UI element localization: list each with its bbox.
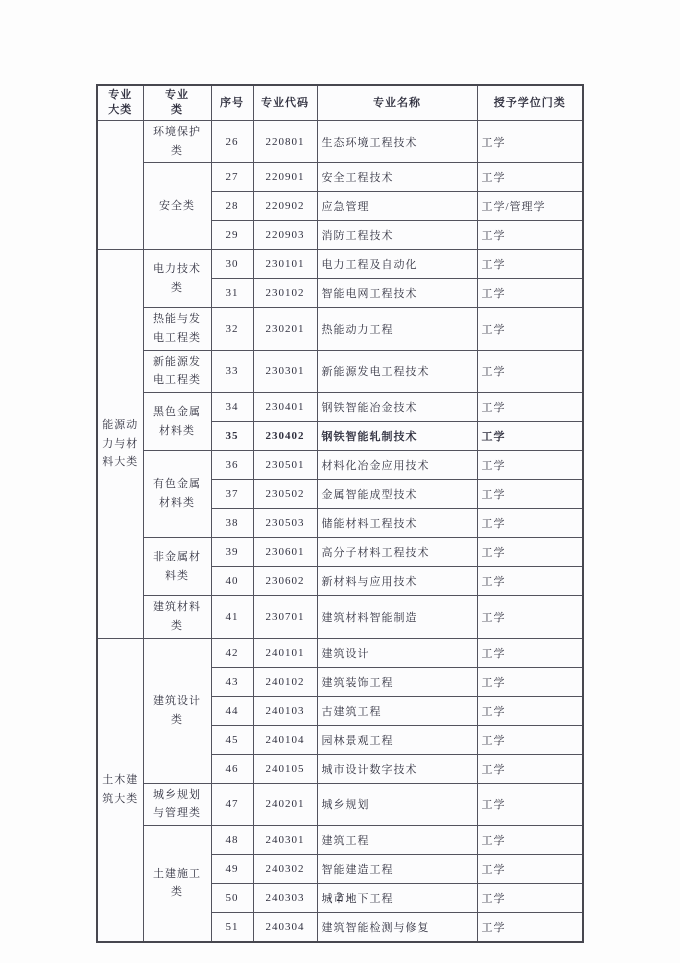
code-cell: 230501 (253, 451, 317, 480)
degree-cell: 工学 (477, 279, 583, 308)
seq-cell: 43 (211, 667, 253, 696)
degree-cell: 工学 (477, 567, 583, 596)
seq-cell: 37 (211, 480, 253, 509)
code-cell: 230701 (253, 596, 317, 638)
category-cell: 热能与发电工程类 (143, 308, 211, 350)
code-cell: 230301 (253, 350, 317, 392)
name-cell: 城市设计数字技术 (317, 754, 477, 783)
seq-cell: 44 (211, 696, 253, 725)
table-row: 土木建筑大类建筑设计类42240101建筑设计工学 (97, 638, 583, 667)
code-cell: 240101 (253, 638, 317, 667)
name-cell: 智能建造工程 (317, 854, 477, 883)
seq-cell: 35 (211, 422, 253, 451)
degree-cell: 工学 (477, 912, 583, 942)
header-seq: 序号 (211, 85, 253, 121)
category-cell: 建筑设计类 (143, 638, 211, 783)
degree-cell: 工学 (477, 121, 583, 163)
table-row: 城乡规划与管理类47240201城乡规划工学 (97, 783, 583, 825)
seq-cell: 41 (211, 596, 253, 638)
category-cell: 电力技术类 (143, 250, 211, 308)
code-cell: 220801 (253, 121, 317, 163)
category-cell: 非金属材料类 (143, 538, 211, 596)
code-cell: 240103 (253, 696, 317, 725)
name-cell: 电力工程及自动化 (317, 250, 477, 279)
seq-cell: 51 (211, 912, 253, 942)
degree-cell: 工学 (477, 393, 583, 422)
table-row: 有色金属材料类36230501材料化冶金应用技术工学 (97, 451, 583, 480)
seq-cell: 47 (211, 783, 253, 825)
code-cell: 220901 (253, 163, 317, 192)
name-cell: 智能电网工程技术 (317, 279, 477, 308)
category-cell: 安全类 (143, 163, 211, 250)
degree-cell: 工学 (477, 250, 583, 279)
seq-cell: 38 (211, 509, 253, 538)
seq-cell: 27 (211, 163, 253, 192)
major-group-cell: 能源动力与材料大类 (97, 250, 143, 638)
code-cell: 240304 (253, 912, 317, 942)
seq-cell: 36 (211, 451, 253, 480)
code-cell: 240301 (253, 825, 317, 854)
header-major-group: 专业 大类 (97, 85, 143, 121)
code-cell: 230503 (253, 509, 317, 538)
table-body: 环境保护类26220801生态环境工程技术工学安全类27220901安全工程技术… (97, 121, 583, 942)
degree-cell: 工学 (477, 854, 583, 883)
table-row: 土建施工类48240301建筑工程工学 (97, 825, 583, 854)
degree-cell: 工学 (477, 451, 583, 480)
code-cell: 240105 (253, 754, 317, 783)
header-degree: 授予学位门类 (477, 85, 583, 121)
degree-cell: 工学 (477, 221, 583, 250)
seq-cell: 49 (211, 854, 253, 883)
seq-cell: 39 (211, 538, 253, 567)
degree-cell: 工学 (477, 696, 583, 725)
code-cell: 220902 (253, 192, 317, 221)
name-cell: 园林景观工程 (317, 725, 477, 754)
major-catalog-table: 专业 大类 专业 类 序号 专业代码 专业名称 授予学位门类 环境保护类2622… (96, 84, 584, 943)
name-cell: 建筑设计 (317, 638, 477, 667)
degree-cell: 工学 (477, 596, 583, 638)
degree-cell: 工学 (477, 350, 583, 392)
table-row: 热能与发电工程类32230201热能动力工程工学 (97, 308, 583, 350)
name-cell: 钢铁智能轧制技术 (317, 422, 477, 451)
category-cell: 环境保护类 (143, 121, 211, 163)
code-cell: 230102 (253, 279, 317, 308)
name-cell: 金属智能成型技术 (317, 480, 477, 509)
code-cell: 230602 (253, 567, 317, 596)
category-cell: 城乡规划与管理类 (143, 783, 211, 825)
table-row: 建筑材料类41230701建筑材料智能制造工学 (97, 596, 583, 638)
name-cell: 建筑智能检测与修复 (317, 912, 477, 942)
code-cell: 230401 (253, 393, 317, 422)
seq-cell: 26 (211, 121, 253, 163)
name-cell: 建筑工程 (317, 825, 477, 854)
code-cell: 230502 (253, 480, 317, 509)
header-row: 专业 大类 专业 类 序号 专业代码 专业名称 授予学位门类 (97, 85, 583, 121)
degree-cell: 工学 (477, 538, 583, 567)
table-row: 新能源发电工程类33230301新能源发电工程技术工学 (97, 350, 583, 392)
degree-cell: 工学 (477, 667, 583, 696)
degree-cell: 工学 (477, 163, 583, 192)
name-cell: 生态环境工程技术 (317, 121, 477, 163)
name-cell: 热能动力工程 (317, 308, 477, 350)
degree-cell: 工学 (477, 754, 583, 783)
degree-cell: 工学/管理学 (477, 192, 583, 221)
name-cell: 材料化冶金应用技术 (317, 451, 477, 480)
degree-cell: 工学 (477, 638, 583, 667)
document-page: 专业 大类 专业 类 序号 专业代码 专业名称 授予学位门类 环境保护类2622… (0, 0, 680, 963)
name-cell: 安全工程技术 (317, 163, 477, 192)
name-cell: 消防工程技术 (317, 221, 477, 250)
seq-cell: 33 (211, 350, 253, 392)
code-cell: 230601 (253, 538, 317, 567)
category-cell: 新能源发电工程类 (143, 350, 211, 392)
degree-cell: 工学 (477, 825, 583, 854)
name-cell: 建筑材料智能制造 (317, 596, 477, 638)
table-row: 能源动力与材料大类电力技术类30230101电力工程及自动化工学 (97, 250, 583, 279)
table-row: 非金属材料类39230601高分子材料工程技术工学 (97, 538, 583, 567)
seq-cell: 34 (211, 393, 253, 422)
category-cell: 黑色金属材料类 (143, 393, 211, 451)
seq-cell: 32 (211, 308, 253, 350)
code-cell: 240102 (253, 667, 317, 696)
seq-cell: 30 (211, 250, 253, 279)
header-category: 专业 类 (143, 85, 211, 121)
table-row: 黑色金属材料类34230401钢铁智能冶金技术工学 (97, 393, 583, 422)
code-cell: 230201 (253, 308, 317, 350)
table-row: 环境保护类26220801生态环境工程技术工学 (97, 121, 583, 163)
degree-cell: 工学 (477, 783, 583, 825)
seq-cell: 45 (211, 725, 253, 754)
name-cell: 城乡规划 (317, 783, 477, 825)
code-cell: 220903 (253, 221, 317, 250)
name-cell: 古建筑工程 (317, 696, 477, 725)
degree-cell: 工学 (477, 480, 583, 509)
category-cell: 建筑材料类 (143, 596, 211, 638)
header-name: 专业名称 (317, 85, 477, 121)
header-code: 专业代码 (253, 85, 317, 121)
code-cell: 230101 (253, 250, 317, 279)
page-number: - 2 - (0, 890, 680, 905)
degree-cell: 工学 (477, 509, 583, 538)
category-cell: 土建施工类 (143, 825, 211, 942)
seq-cell: 46 (211, 754, 253, 783)
name-cell: 应急管理 (317, 192, 477, 221)
degree-cell: 工学 (477, 422, 583, 451)
code-cell: 240201 (253, 783, 317, 825)
name-cell: 建筑装饰工程 (317, 667, 477, 696)
code-cell: 230402 (253, 422, 317, 451)
seq-cell: 42 (211, 638, 253, 667)
table-row: 安全类27220901安全工程技术工学 (97, 163, 583, 192)
seq-cell: 40 (211, 567, 253, 596)
code-cell: 240302 (253, 854, 317, 883)
table-header: 专业 大类 专业 类 序号 专业代码 专业名称 授予学位门类 (97, 85, 583, 121)
name-cell: 新材料与应用技术 (317, 567, 477, 596)
name-cell: 储能材料工程技术 (317, 509, 477, 538)
name-cell: 新能源发电工程技术 (317, 350, 477, 392)
name-cell: 高分子材料工程技术 (317, 538, 477, 567)
seq-cell: 31 (211, 279, 253, 308)
seq-cell: 29 (211, 221, 253, 250)
name-cell: 钢铁智能冶金技术 (317, 393, 477, 422)
degree-cell: 工学 (477, 725, 583, 754)
seq-cell: 28 (211, 192, 253, 221)
major-group-cell (97, 121, 143, 250)
category-cell: 有色金属材料类 (143, 451, 211, 538)
degree-cell: 工学 (477, 308, 583, 350)
seq-cell: 48 (211, 825, 253, 854)
code-cell: 240104 (253, 725, 317, 754)
